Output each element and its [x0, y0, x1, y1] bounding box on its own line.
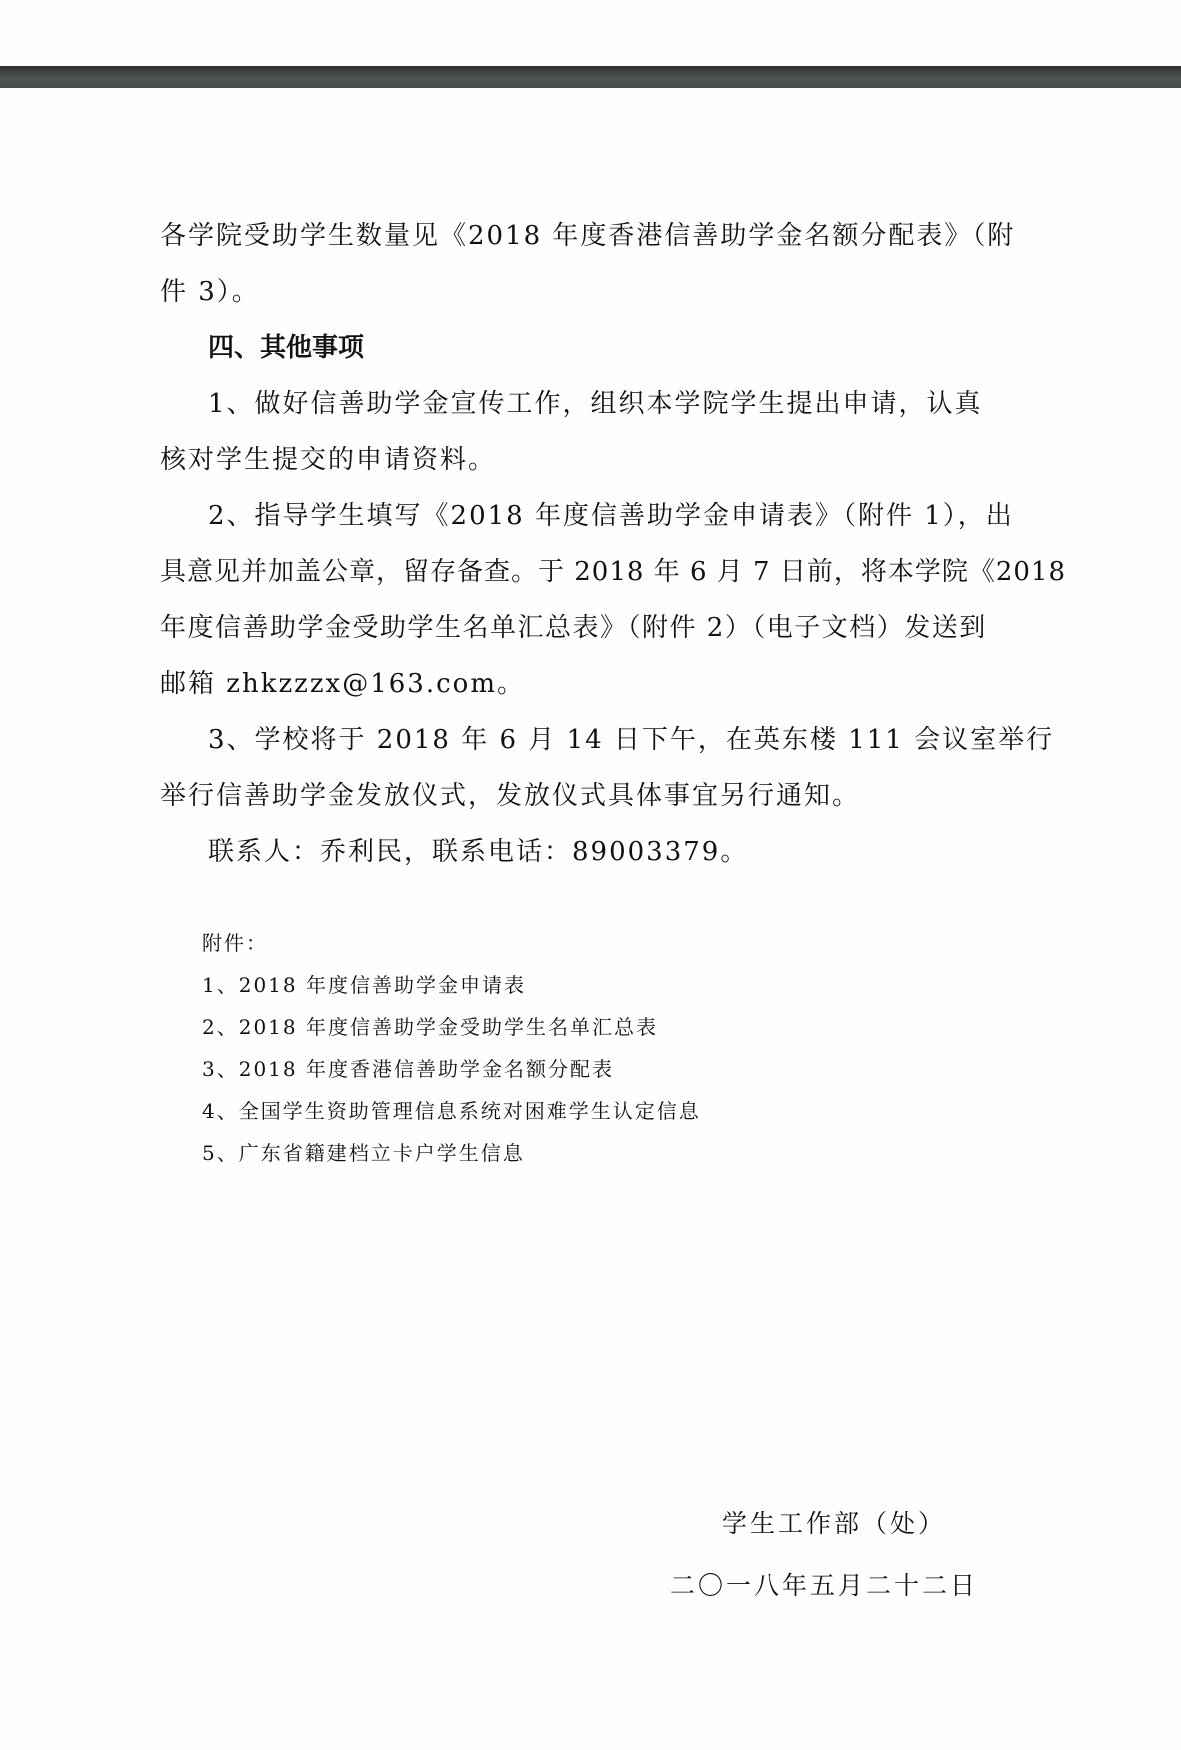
intro-line-2: 件 3）。	[160, 276, 260, 308]
viewer-top-bar	[0, 66, 1181, 88]
attachment-item: 3、2018 年度香港信善助学金名额分配表	[202, 1056, 614, 1082]
item-2-line-2: 具意见并加盖公章，留存备查。于 2018 年 6 月 7 日前，将本学院《201…	[160, 556, 1066, 588]
intro-line-1: 各学院受助学生数量见《2018 年度香港信善助学金名额分配表》（附	[160, 220, 1015, 252]
signature-date: 二〇一八年五月二十二日	[670, 1570, 978, 1602]
item-2-line-4: 邮箱 zhkzzzx@163.com。	[160, 668, 525, 700]
contact-line: 联系人：乔利民，联系电话：89003379。	[208, 836, 748, 868]
item-1-line-1: 1、做好信善助学金宣传工作，组织本学院学生提出申请，认真	[208, 388, 983, 420]
item-2-line-3: 年度信善助学金受助学生名单汇总表》（附件 2）（电子文档）发送到	[160, 612, 987, 644]
item-2-line-1: 2、指导学生填写《2018 年度信善助学金申请表》（附件 1），出	[208, 500, 1014, 532]
signature-department: 学生工作部（处）	[722, 1508, 946, 1540]
item-3-line-2: 举行信善助学金发放仪式，发放仪式具体事宜另行通知。	[160, 780, 860, 812]
item-3-line-1: 3、学校将于 2018 年 6 月 14 日下午，在英东楼 111 会议室举行	[208, 724, 1054, 756]
attachments-label: 附件：	[202, 930, 268, 956]
section-heading: 四、其他事项	[208, 332, 364, 364]
attachment-item: 4、全国学生资助管理信息系统对困难学生认定信息	[202, 1098, 701, 1124]
attachment-item: 5、广东省籍建档立卡户学生信息	[202, 1140, 525, 1166]
item-1-line-2: 核对学生提交的申请资料。	[160, 444, 496, 476]
attachment-item: 1、2018 年度信善助学金申请表	[202, 972, 526, 998]
attachment-item: 2、2018 年度信善助学金受助学生名单汇总表	[202, 1014, 658, 1040]
